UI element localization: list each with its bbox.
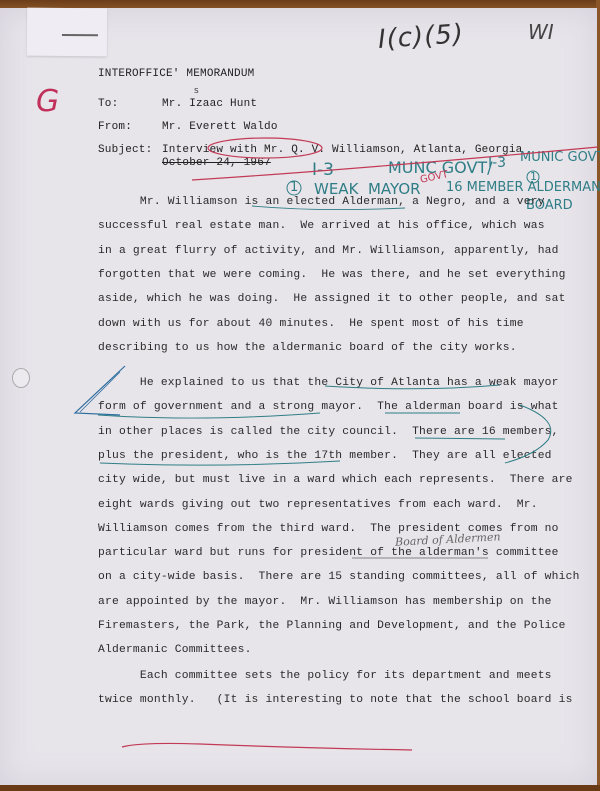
- annotation-16-member-alderman: 16 MEMBER ALDERMAN: [446, 180, 600, 195]
- body-line: plus the president, who is the 17th memb…: [98, 450, 552, 462]
- body-line: twice monthly. (It is interesting to not…: [98, 694, 573, 706]
- annotation-circled-number: 1: [290, 180, 298, 195]
- body-line: Firemasters, the Park, the Planning and …: [98, 620, 566, 632]
- body-line: on a city-wide basis. There are 15 stand…: [98, 571, 580, 583]
- annotation-circled-number-right: 1: [530, 170, 537, 183]
- body-line: in other places is called the city counc…: [98, 426, 559, 438]
- annotation-code-1: I-3: [312, 160, 334, 180]
- body-line: forgotten that we were coming. He was th…: [98, 269, 566, 281]
- body-line: eight wards giving out two representativ…: [98, 499, 538, 511]
- body-line: Aldermanic Committees.: [98, 644, 252, 656]
- subject-date-struck: October 24, 1967: [162, 157, 271, 169]
- annotation-munic-govt: MUNIC GOVT: [520, 150, 600, 165]
- desk-background-bottom: [0, 785, 600, 791]
- subject-label: Subject:: [98, 144, 152, 156]
- handwritten-grade-letter: G: [36, 84, 59, 119]
- handwritten-initials: WI: [528, 20, 554, 44]
- to-label: To:: [98, 98, 118, 110]
- punch-hole: [12, 368, 30, 388]
- from-label: From:: [98, 121, 132, 133]
- memo-heading: INTEROFFICE' MEMORANDUM: [98, 68, 254, 80]
- body-line: in a great flurry of activity, and Mr. W…: [98, 245, 559, 257]
- subject-value: Interview with Mr. Q. V. Williamson, Atl…: [162, 144, 522, 156]
- sticky-note: [27, 8, 107, 57]
- body-line: describing to us how the aldermanic boar…: [98, 342, 517, 354]
- annotation-code-2: I-3: [488, 155, 506, 171]
- body-line: form of government and a strong mayor. T…: [98, 401, 559, 413]
- body-line: are appointed by the mayor. Mr. Williams…: [98, 596, 552, 608]
- body-line: particular ward but runs for president o…: [98, 547, 559, 559]
- to-value: Mr. Izaac Hunt: [162, 98, 257, 110]
- body-line: aside, which he was doing. He assigned i…: [98, 293, 566, 305]
- from-value: Mr. Everett Waldo: [162, 121, 278, 133]
- body-line: successful real estate man. We arrived a…: [98, 220, 545, 232]
- body-line: Each committee sets the policy for its d…: [98, 670, 552, 682]
- to-correction-mark: s: [194, 86, 199, 96]
- body-line: down with us for about 40 minutes. He sp…: [98, 318, 524, 330]
- body-line: city wide, but must live in a ward which…: [98, 474, 573, 486]
- body-line: Mr. Williamson is an elected Alderman, a…: [98, 196, 545, 208]
- sticky-dash-mark: [62, 34, 98, 36]
- handwritten-file-code: I(c)(5): [377, 19, 465, 55]
- body-line: He explained to us that the City of Atla…: [98, 377, 559, 389]
